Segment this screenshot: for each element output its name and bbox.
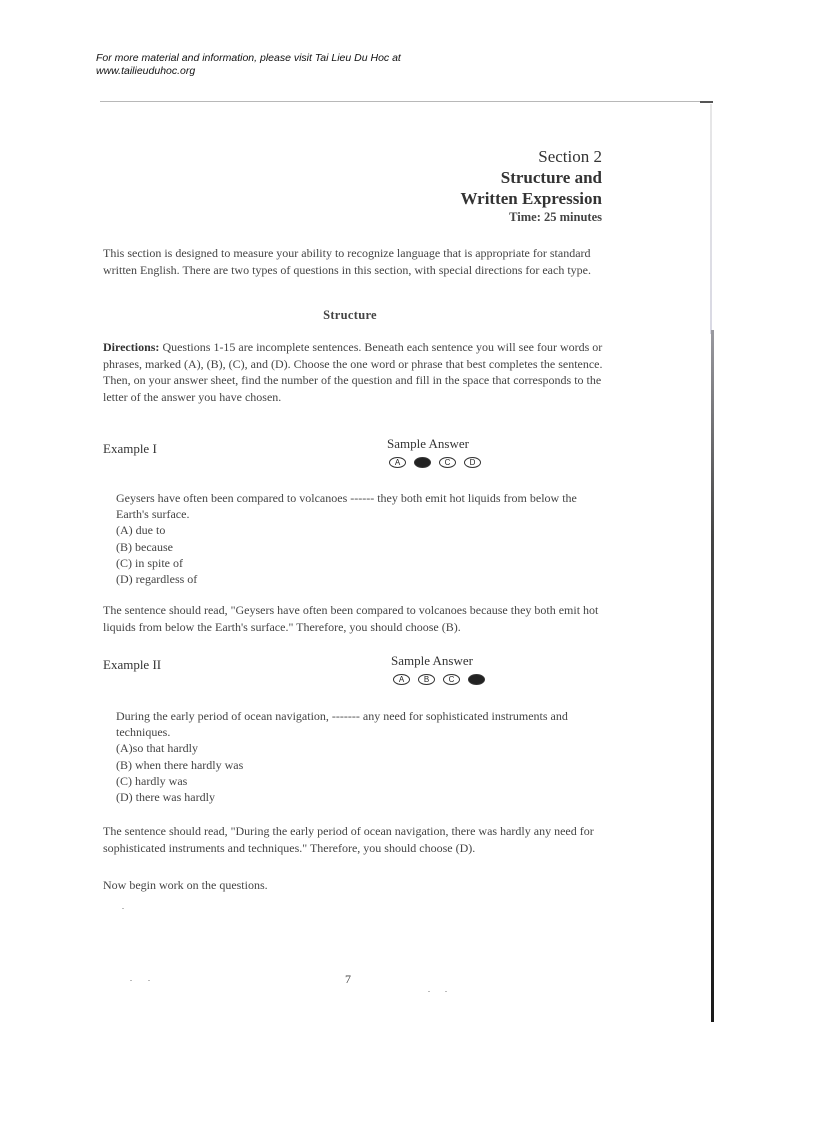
answer-bubble-d-filled: D bbox=[468, 674, 485, 685]
header-note: For more material and information, pleas… bbox=[96, 52, 401, 78]
answer-bubble-a: A bbox=[393, 674, 410, 685]
section-title-line2: Written Expression bbox=[460, 188, 602, 209]
section-number: Section 2 bbox=[460, 146, 602, 167]
example-2-sample-label: Sample Answer bbox=[391, 653, 473, 669]
answer-bubble-a: A bbox=[389, 457, 406, 468]
example-2-question: During the early period of ocean navigat… bbox=[116, 708, 596, 805]
option-a: (A)so that hardly bbox=[116, 740, 596, 756]
intro-paragraph: This section is designed to measure your… bbox=[103, 245, 603, 278]
answer-bubble-b: B bbox=[418, 674, 435, 685]
example-1-explanation: The sentence should read, "Geysers have … bbox=[103, 602, 603, 635]
example-1-sample-label: Sample Answer bbox=[387, 436, 469, 452]
scan-speck bbox=[148, 980, 150, 981]
directions-label: Directions: bbox=[103, 340, 159, 354]
directions-paragraph: Directions: Questions 1-15 are incomplet… bbox=[103, 339, 603, 405]
scan-speck bbox=[130, 980, 132, 981]
example-1-label: Example I bbox=[103, 441, 157, 457]
example-2-options: (A)so that hardly (B) when there hardly … bbox=[116, 740, 596, 805]
example-2-explanation: The sentence should read, "During the ea… bbox=[103, 823, 603, 856]
example-2-answer-bubbles: A B C D bbox=[393, 674, 485, 685]
option-c: (C) hardly was bbox=[116, 773, 596, 789]
time-limit: Time: 25 minutes bbox=[460, 209, 602, 225]
scan-edge-right bbox=[711, 330, 714, 1022]
example-1-question: Geysers have often been compared to volc… bbox=[116, 490, 596, 587]
section-title-line1: Structure and bbox=[460, 167, 602, 188]
structure-heading: Structure bbox=[300, 308, 400, 323]
option-d: (D) there was hardly bbox=[116, 789, 596, 805]
option-a: (A) due to bbox=[116, 522, 596, 538]
example-1-stem: Geysers have often been compared to volc… bbox=[116, 490, 596, 522]
answer-bubble-c: C bbox=[439, 457, 456, 468]
scan-edge-top-corner bbox=[700, 101, 713, 103]
scan-speck bbox=[445, 991, 447, 992]
option-d: (D) regardless of bbox=[116, 571, 596, 587]
scan-edge-right-light bbox=[710, 104, 712, 334]
example-2-stem: During the early period of ocean navigat… bbox=[116, 708, 596, 740]
example-1-options: (A) due to (B) because (C) in spite of (… bbox=[116, 522, 596, 587]
header-note-url: www.tailieuduhoc.org bbox=[96, 65, 401, 78]
closing-instruction: Now begin work on the questions. bbox=[103, 877, 603, 894]
section-title-block: Section 2 Structure and Written Expressi… bbox=[460, 146, 602, 225]
option-b: (B) when there hardly was bbox=[116, 757, 596, 773]
answer-bubble-c: C bbox=[443, 674, 460, 685]
option-b: (B) because bbox=[116, 539, 596, 555]
example-2-label: Example II bbox=[103, 657, 161, 673]
header-note-line1: For more material and information, pleas… bbox=[96, 52, 401, 65]
page-number: 7 bbox=[345, 972, 351, 987]
option-c: (C) in spite of bbox=[116, 555, 596, 571]
scan-speck bbox=[122, 908, 124, 909]
directions-text: Questions 1-15 are incomplete sentences.… bbox=[103, 340, 603, 404]
answer-bubble-b-filled: B bbox=[414, 457, 431, 468]
scan-edge-top bbox=[100, 101, 713, 102]
scan-speck bbox=[428, 991, 430, 992]
example-1-answer-bubbles: A B C D bbox=[389, 457, 481, 468]
answer-bubble-d: D bbox=[464, 457, 481, 468]
